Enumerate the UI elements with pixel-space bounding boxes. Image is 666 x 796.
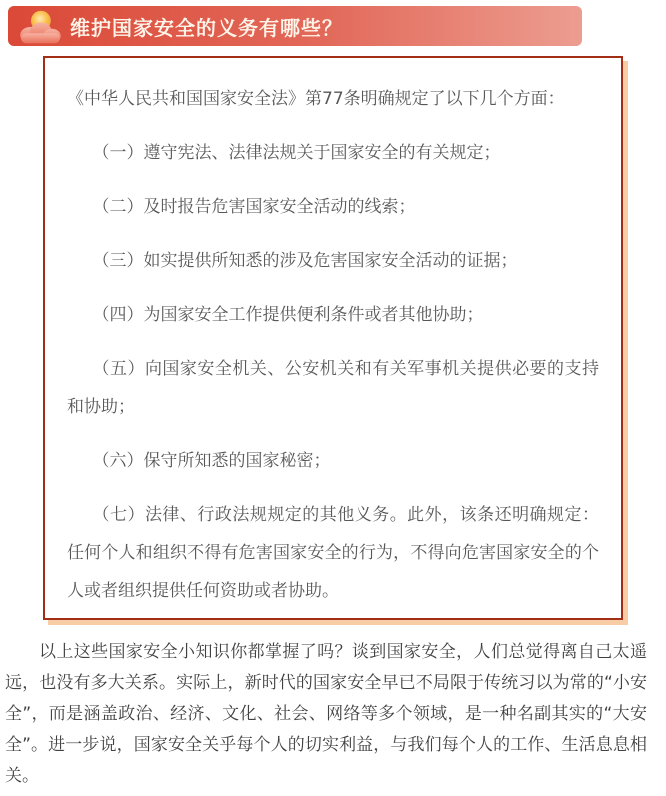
law-item-1: （一）遵守宪法、法律法规关于国家安全的有关规定；: [67, 134, 599, 172]
sun-cloud-icon: [18, 9, 62, 45]
article-page: 维护国家安全的义务有哪些？ 《中华人民共和国国家安全法》第77条明确规定了以下几…: [0, 0, 666, 796]
section-title: 维护国家安全的义务有哪些？: [70, 12, 343, 41]
law-box-intro: 《中华人民共和国国家安全法》第77条明确规定了以下几个方面：: [67, 80, 599, 118]
law-item-4: （四）为国家安全工作提供便利条件或者其他协助；: [67, 296, 599, 334]
law-item-7: （七）法律、行政法规规定的其他义务。此外，该条还明确规定：任何个人和组织不得有危…: [67, 496, 599, 610]
law-item-3: （三）如实提供所知悉的涉及危害国家安全活动的证据；: [67, 242, 599, 280]
law-item-2: （二）及时报告危害国家安全活动的线索；: [67, 188, 599, 226]
law-item-5: （五）向国家安全机关、公安机关和有关军事机关提供必要的支持和协助；: [67, 350, 599, 426]
closing-paragraph: 以上这些国家安全小知识你都掌握了吗？谈到国家安全，人们总觉得离自己太遥远，也没有…: [5, 637, 647, 792]
law-item-6: （六）保守所知悉的国家秘密；: [67, 442, 599, 480]
law-quote-box: 《中华人民共和国国家安全法》第77条明确规定了以下几个方面： （一）遵守宪法、法…: [43, 56, 623, 620]
section-header-banner: 维护国家安全的义务有哪些？: [8, 6, 582, 46]
